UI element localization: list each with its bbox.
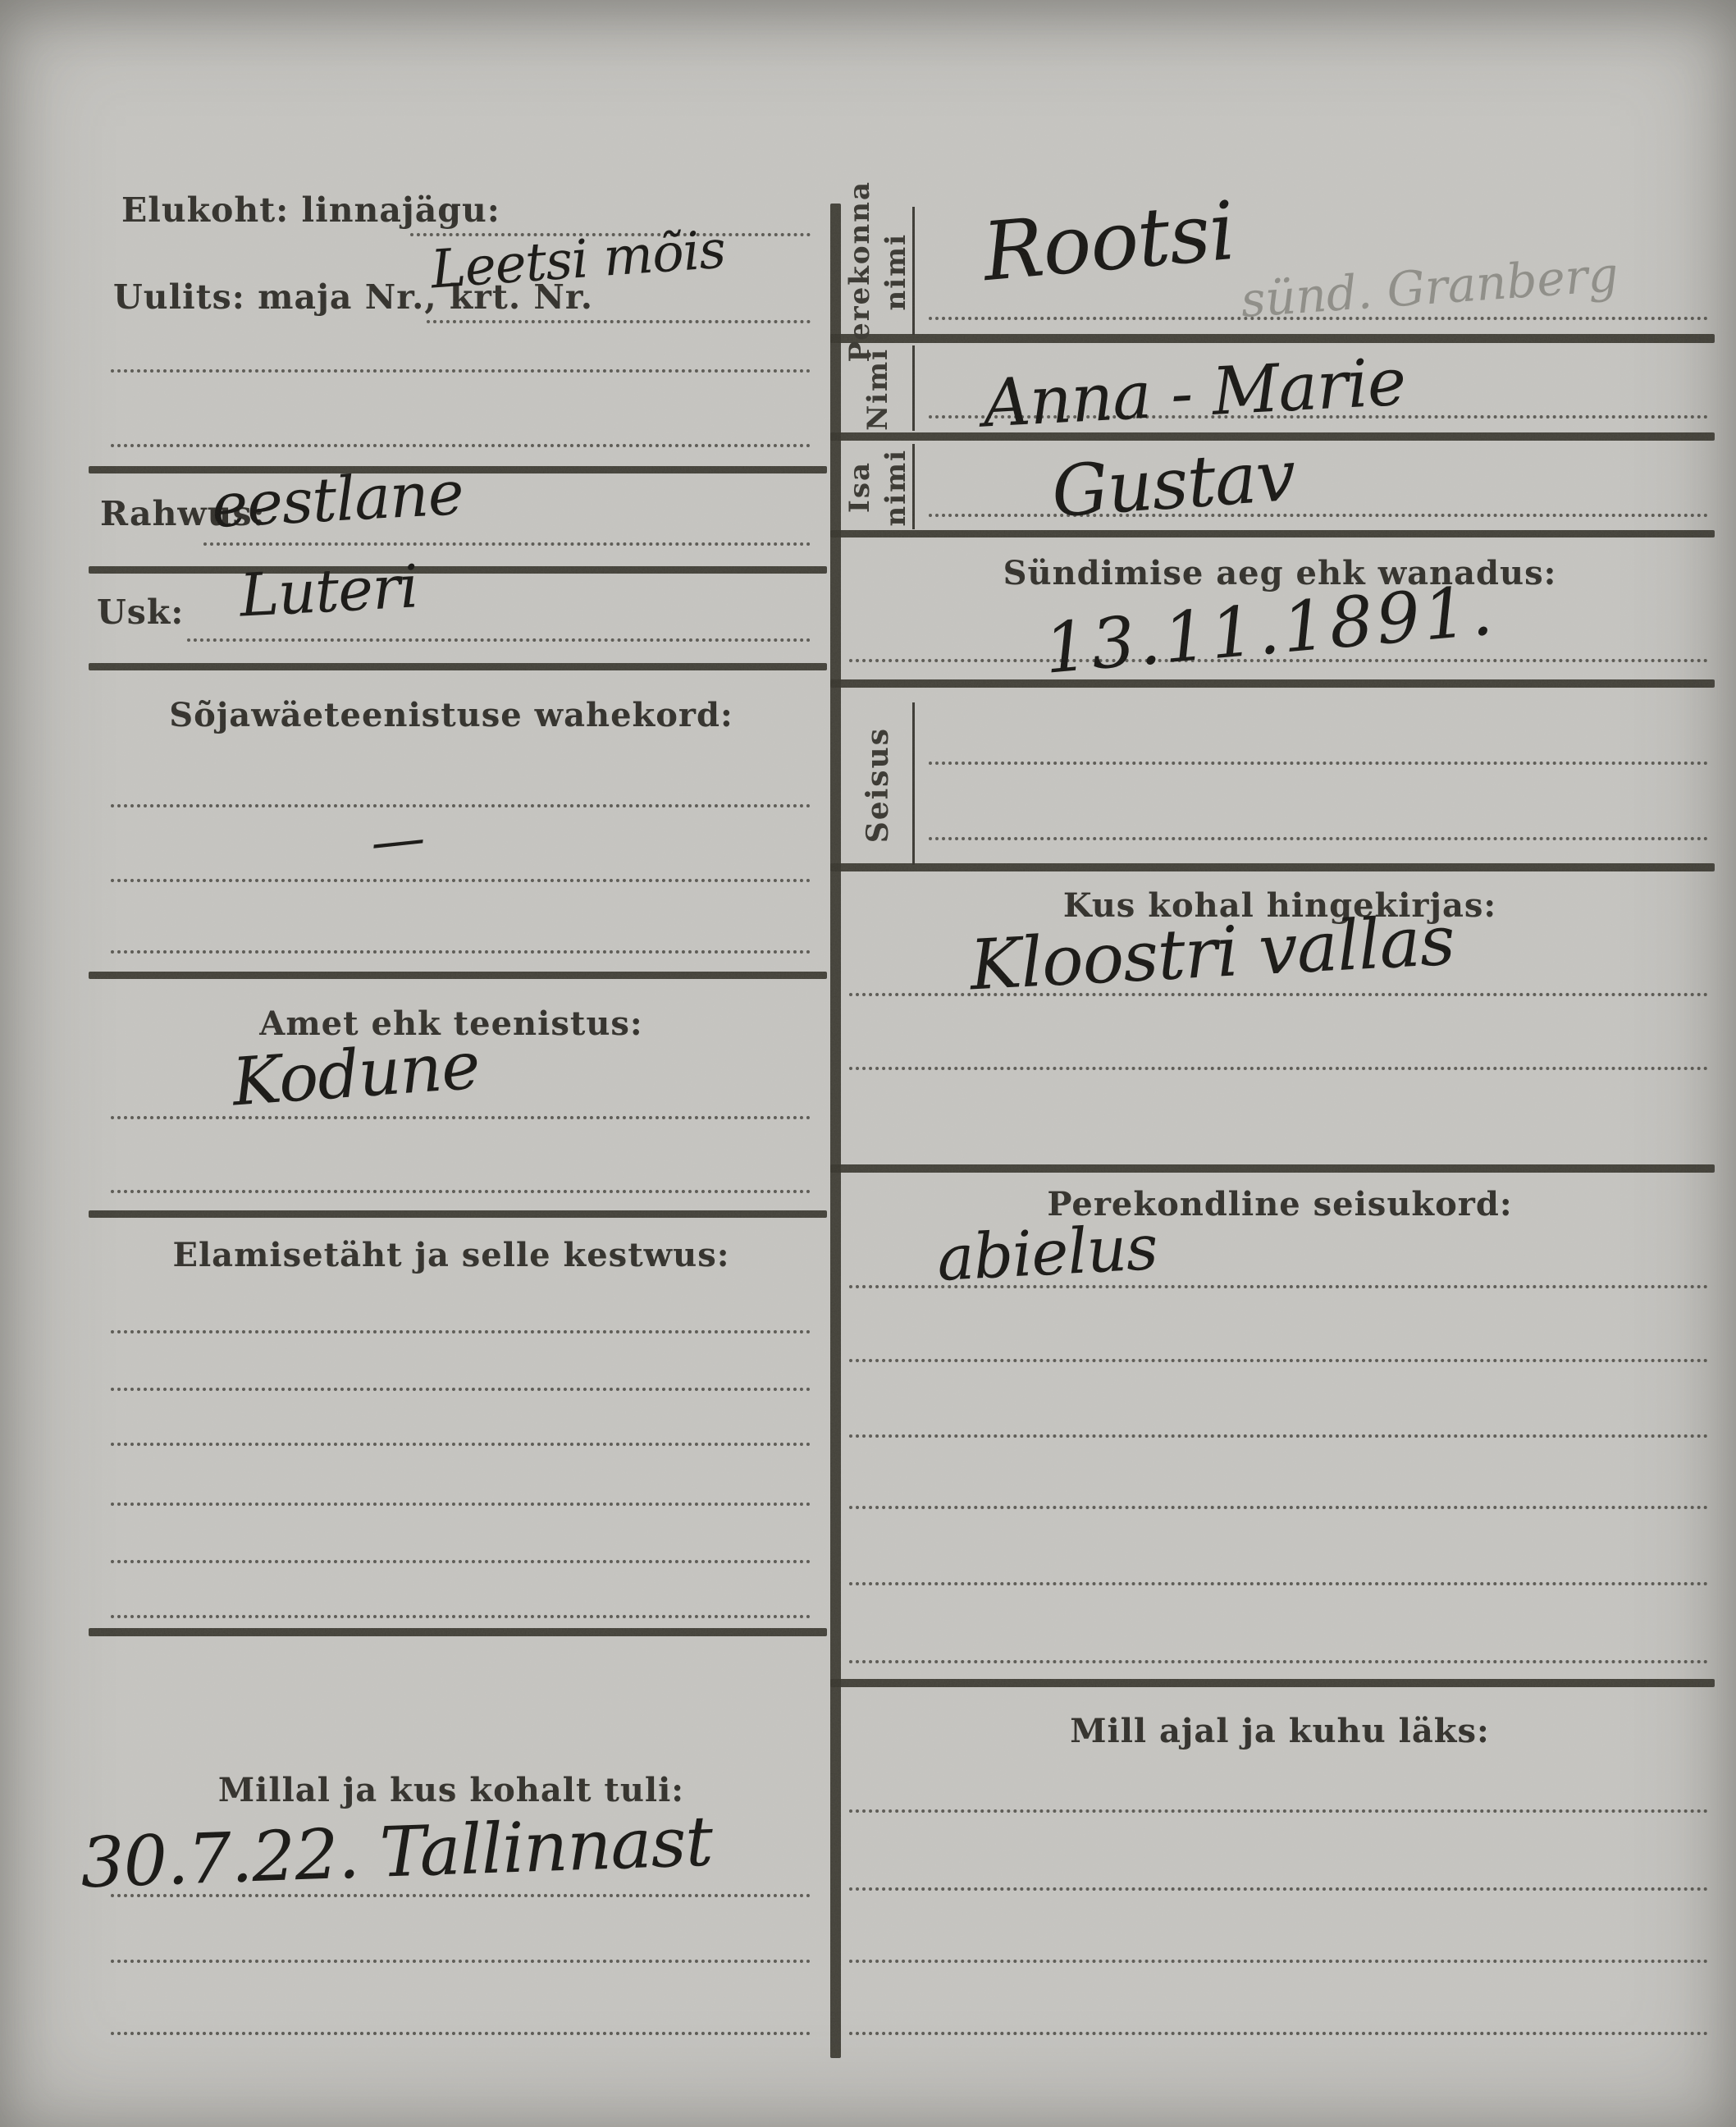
estate-label-line: Seisus	[861, 727, 895, 843]
dotted-line	[849, 1660, 1708, 1663]
surname-handwritten-value: Rootsi	[980, 185, 1239, 300]
dotted-line	[929, 762, 1708, 765]
dotted-line	[111, 1503, 811, 1506]
father-label-line: Isa	[843, 461, 876, 513]
arrival-handwritten-value: 30.7.22. Tallinnast	[80, 1801, 714, 1904]
arrival-header: Millal ja kus kohalt tuli:	[74, 1771, 829, 1809]
dotted-line	[111, 879, 811, 882]
occupation-handwritten-value: Kodune	[230, 1027, 482, 1121]
dotted-line	[187, 638, 811, 642]
father-name-vertical-label: Isa nimi	[845, 446, 911, 529]
dotted-line	[929, 514, 1708, 517]
label-separator-line	[912, 345, 915, 431]
section-divider	[89, 566, 827, 574]
dotted-line	[111, 1116, 811, 1119]
section-divider	[830, 679, 1715, 688]
dotted-line	[849, 1582, 1708, 1585]
firstname-handwritten-value: Anna - Marie	[981, 344, 1407, 442]
dotted-line	[111, 1388, 811, 1391]
section-divider	[89, 663, 827, 670]
section-divider	[830, 1164, 1715, 1173]
dotted-line	[111, 2032, 811, 2035]
column-divider	[830, 204, 841, 2058]
dotted-line	[849, 1887, 1708, 1891]
label-separator-line	[912, 207, 915, 335]
dotted-line	[111, 1443, 811, 1446]
dotted-line	[427, 320, 811, 323]
father-label-line: nimi	[879, 449, 912, 527]
uulits-handwritten-value: Leetsi mõis	[429, 220, 727, 301]
section-divider	[830, 1679, 1715, 1687]
dotted-line	[849, 1067, 1708, 1070]
dotted-line	[111, 444, 811, 447]
label-separator-line	[912, 444, 915, 529]
dotted-line	[111, 1330, 811, 1333]
marital-handwritten-value: abielus	[935, 1210, 1159, 1295]
section-divider	[830, 530, 1715, 537]
section-divider	[89, 1628, 827, 1636]
section-divider	[89, 972, 827, 979]
dotted-line	[849, 1809, 1708, 1813]
marital-status-header: Perekondline seisukord:	[849, 1185, 1711, 1224]
dotted-line	[111, 950, 811, 954]
dotted-line	[849, 1960, 1708, 1963]
dotted-line	[929, 837, 1708, 840]
surname-vertical-label: Perekonna nimi	[845, 207, 911, 336]
birthdate-header: Sündimise aeg ehk wanadus:	[849, 554, 1711, 592]
dotted-line	[111, 1190, 811, 1193]
surname-pencil-annotation: sünd. Granberg	[1239, 246, 1620, 328]
section-divider	[830, 334, 1715, 343]
father-handwritten-value: Gustav	[1049, 435, 1298, 533]
section-divider	[830, 863, 1715, 871]
dotted-line	[849, 1359, 1708, 1362]
dotted-line	[111, 1960, 811, 1963]
surname-label-line: Perekonna	[843, 181, 876, 363]
usk-handwritten-value: Luteri	[238, 551, 419, 629]
dotted-line	[849, 1434, 1708, 1438]
section-divider	[89, 1210, 827, 1218]
usk-label: Usk:	[97, 592, 184, 632]
surname-label-line: nimi	[879, 233, 912, 311]
dotted-line	[111, 369, 811, 373]
military-service-header: Sõjawäeteenistuse wahekord:	[74, 696, 829, 734]
elukoht-label: Elukoht: linnajägu:	[121, 190, 500, 230]
registration-card-page: Elukoht: linnajägu: Uulits: maja Nr., kr…	[0, 0, 1736, 2127]
dotted-line	[111, 1560, 811, 1563]
label-separator-line	[912, 702, 915, 865]
dotted-line	[849, 2032, 1708, 2035]
firstname-label-line: Nimi	[861, 348, 894, 431]
firstname-vertical-label: Nimi	[845, 348, 911, 430]
military-handwritten-dash: —	[368, 806, 427, 874]
departure-header: Mill ajal ja kuhu läks:	[849, 1712, 1711, 1750]
rahwus-handwritten-value: eestlane	[210, 458, 465, 542]
dotted-line	[203, 542, 811, 546]
dotted-line	[849, 1506, 1708, 1509]
dotted-line	[111, 1615, 811, 1618]
residence-permit-header: Elamisetäht ja selle kestwus:	[74, 1236, 829, 1274]
dotted-line	[111, 804, 811, 807]
estate-vertical-label: Seisus	[845, 707, 911, 863]
